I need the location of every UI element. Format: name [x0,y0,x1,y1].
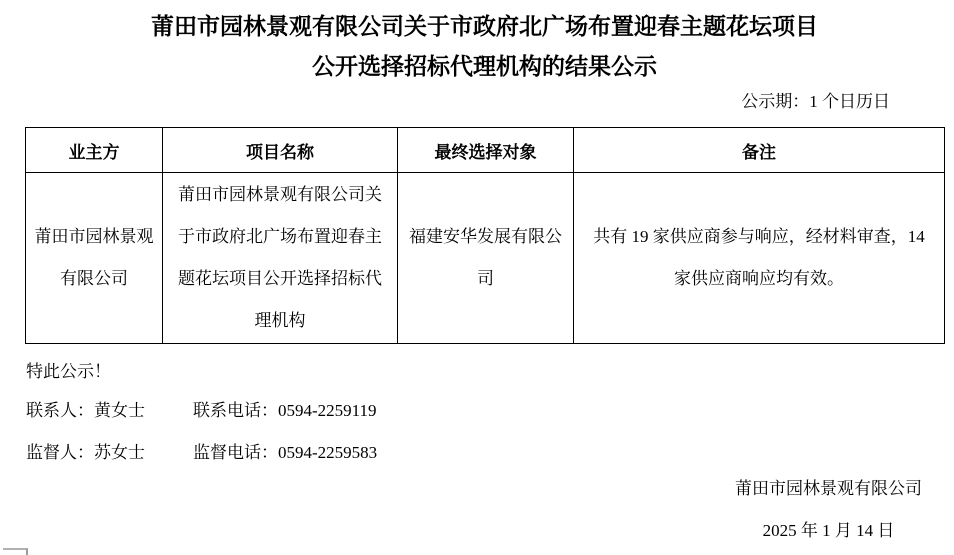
page-title-line-1: 莆田市园林景观有限公司关于市政府北广场布置迎春主题花坛项目 [151,13,818,39]
cell-remarks: 共有 19 家供应商参与响应，经材料审查，14 家供应商响应均有效。 [574,173,945,344]
result-table: 业主方 项目名称 最终选择对象 备注 莆田市园林景观 有限公司 莆田市园林景观有… [25,127,945,344]
publicity-period: 公示期：1 个日历日 [25,90,944,114]
header-row: 业主方 项目名称 最终选择对象 备注 [26,128,945,173]
contact-person: 联系人：黄女士 [26,390,193,432]
closing-section: 特此公示！ 联系人：黄女士联系电话：0594-2259119 监督人：苏女士监督… [25,354,944,474]
signature-company: 莆田市园林景观有限公司 [735,468,922,510]
column-header-selected-agency: 最终选择对象 [398,128,574,173]
document-body: 莆田市园林景观有限公司关于市政府北广场布置迎春主题花坛项目 公开选择招标代理机构… [25,0,944,474]
result-table-header: 业主方 项目名称 最终选择对象 备注 [26,128,945,173]
page-title: 莆田市园林景观有限公司关于市政府北广场布置迎春主题花坛项目 公开选择招标代理机构… [25,0,944,86]
contact-phone: 联系电话：0594-2259119 [193,401,377,420]
signature-block: 莆田市园林景观有限公司 2025 年 1 月 14 日 [735,468,922,552]
supervisor-person: 监督人：苏女士 [26,432,193,474]
page-title-line-2: 公开选择招标代理机构的结果公示 [312,53,657,79]
cell-owner: 莆田市园林景观 有限公司 [26,173,163,344]
column-header-owner: 业主方 [26,128,163,173]
column-header-remarks: 备注 [574,128,945,173]
signature-date: 2025 年 1 月 14 日 [735,510,922,552]
announcement-document: { "document": { "title_line1": "莆田市园林景观有… [0,0,954,555]
cell-project-name: 莆田市园林景观有限公司关 于市政府北广场布置迎春主 题花坛项目公开选择招标代 理… [163,173,398,344]
table-row: 莆田市园林景观 有限公司 莆田市园林景观有限公司关 于市政府北广场布置迎春主 题… [26,173,945,344]
supervisor-phone: 监督电话：0594-2259583 [193,443,377,462]
contact-line: 联系人：黄女士联系电话：0594-2259119 [26,390,944,432]
cell-selected-agency: 福建安华发展有限公 司 [398,173,574,344]
notice-text: 特此公示！ [26,354,944,390]
column-header-project-name: 项目名称 [163,128,398,173]
cutoff-box-corner [3,548,28,555]
result-table-body: 莆田市园林景观 有限公司 莆田市园林景观有限公司关 于市政府北广场布置迎春主 题… [26,173,945,344]
